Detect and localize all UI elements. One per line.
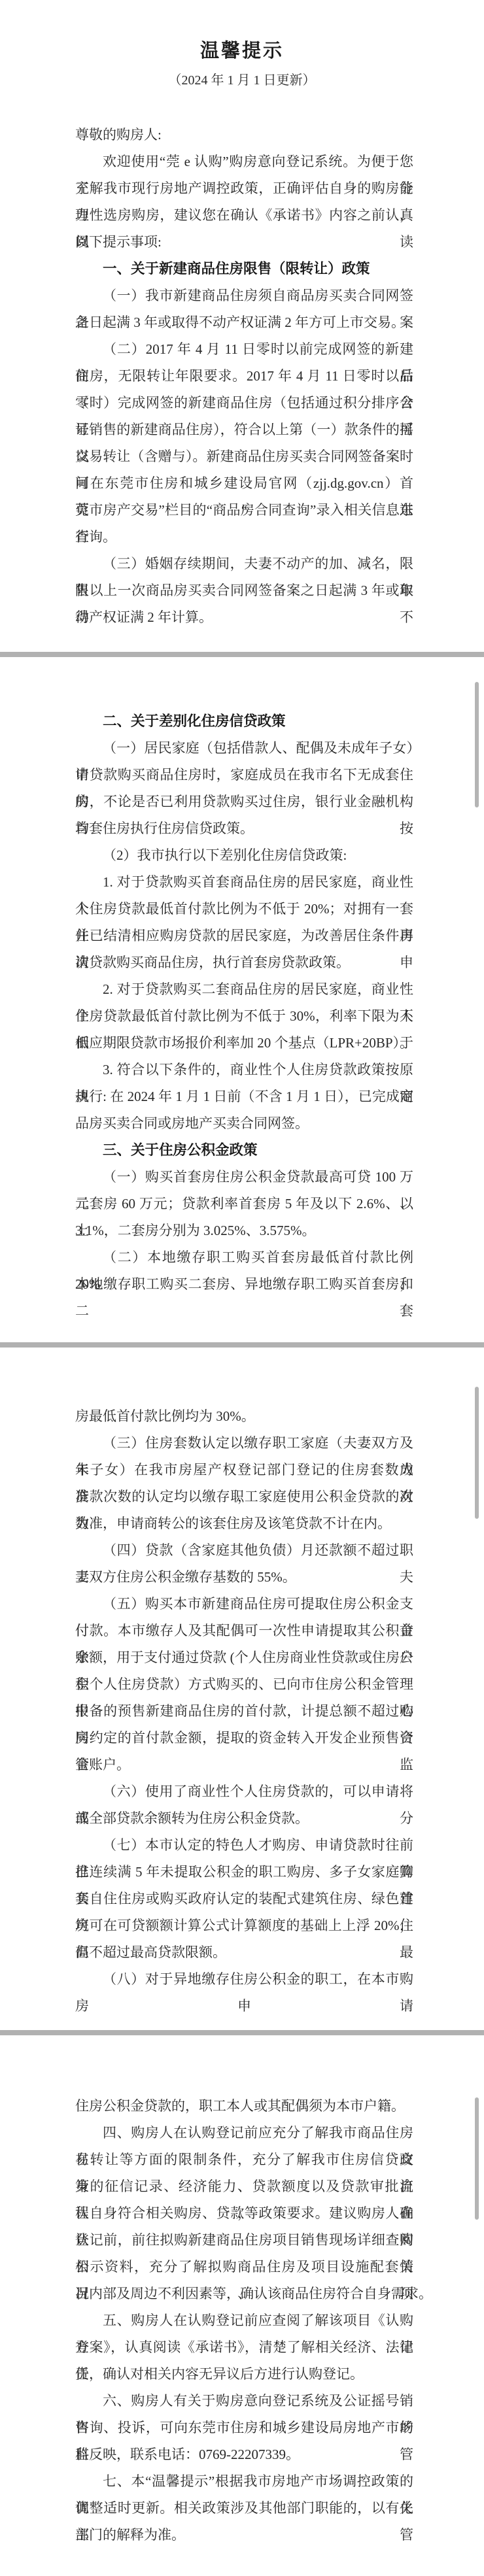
text-line: （三）婚姻存续期间，夫妻不动产的加、减名，限售年: [0, 551, 484, 577]
text-line: 住房，无限转让年限要求。2017 年 4 月 11 日零时以后（含: [0, 363, 484, 390]
text-line: （2）我市执行以下差别化住房信贷政策:: [0, 842, 484, 869]
text-line: 目内部及周边不利因素等，确认该商品住房符合自身需求。: [0, 2280, 484, 2307]
text-line: （三）住房套数认定以缴存职工家庭（夫妻双方及未成: [0, 1430, 484, 1457]
text-line: 住房贷款最低首付款比例为不低于 30%，利率下限为不低于: [0, 1003, 484, 1030]
scrollbar-thumb[interactable]: [475, 1387, 479, 1519]
text-line: 3. 符合以下条件的，商业性个人住房贷款政策按原规定: [0, 1057, 484, 1083]
text-line: （六）使用了商业性个人住房贷款的，可以申请将部分: [0, 1778, 484, 1805]
text-line: 身的征信记录、经济能力、贷款额度以及贷款审批流程，确: [0, 2173, 484, 2200]
text-line: 房可在可贷额额计算公式计算额度的基础上上浮 20%，但最: [0, 1912, 484, 1939]
text-line: （二）2017 年 4 月 11 日零时以前完成网签的新建商品: [0, 336, 484, 363]
text-line: 公示资料，充分了解拟购商品住房及项目设施配套情况、项: [0, 2254, 484, 2280]
page-separator: [0, 652, 484, 657]
text-line: 认自身符合相关购房、贷款等政策要求。建议购房人在认购: [0, 2200, 484, 2227]
text-line: 任，确认对相关内容无异议后方进行认购登记。: [0, 2361, 484, 2388]
text-line: 莞市房产交易”栏目的“商品房合同查询”录入相关信息进行: [0, 497, 484, 524]
section-heading: 三、关于住房公积金政策: [0, 1137, 484, 1164]
text-line: 了解我市现行房地产调控政策，正确评估自身的购房能力，: [0, 175, 484, 202]
text-line: （二）本地缴存职工购买首套房最低首付款比例 20%，: [0, 1244, 484, 1271]
text-line: （一）购买首套房住房公积金贷款最高可贷 100 万元、: [0, 1164, 484, 1191]
text-line: 贷款次数的认定均以缴存职工家庭使用公积金贷款的次数: [0, 1483, 484, 1510]
text-line: 交易转让（含赠与）。新建商品住房买卖合同网签备案时间: [0, 443, 484, 470]
text-line: 可在东莞市住房和城乡建设局官网（zjj.dg.gov.cn）首页“东: [0, 470, 484, 497]
document-subtitle: （2024 年 1 月 1 日更新）: [0, 66, 484, 95]
text-line: 五、购房人在认购登记前应查阅了解该项目《认购登记: [0, 2307, 484, 2334]
text-line: 号销售的新建商品住房），符合以上第（一）款条件的可以: [0, 416, 484, 443]
text-line: 查询。: [0, 524, 484, 551]
text-line: 执行: 在 2024 年 1 月 1 日前（不含 1 月 1 日），已完成商: [0, 1083, 484, 1110]
text-line: 3.1%，二套房分别为 3.025%、3.575%。: [0, 1217, 484, 1244]
document-viewer: 温馨提示（2024 年 1 月 1 日更新）尊敬的购房人:欢迎使用“莞 e 认购…: [0, 0, 484, 2576]
text-line: 已连续满 5 年未提取公积金的职工购房、多子女家庭购买首: [0, 1859, 484, 1886]
text-line: （五）购买本市新建商品住房可提取住房公积金支付首: [0, 1591, 484, 1618]
text-line: 住房公积金贷款的，职工本人或其配偶须为本市户籍。: [0, 2093, 484, 2120]
text-line: 为准，申请商转公的该套住房及该笔贷款不计在内。: [0, 1510, 484, 1537]
text-line: 2. 对于贷款购买二套商品住房的居民家庭，商业性个人: [0, 976, 484, 1003]
text-line: 本地缴存职工购买二套房、异地缴存职工购买首套房和二套: [0, 1271, 484, 1298]
text-line: 调整适时更新。相关政策涉及其他部门职能的，以有关主管: [0, 2495, 484, 2522]
text-line: 二套房 60 万元；贷款利率首套房 5 年及以下 2.6%、以上: [0, 1191, 484, 1217]
document-page-2: 二、关于差别化住房信贷政策（一）居民家庭（包括借款人、配偶及未成年子女）申请贷款…: [0, 657, 484, 1342]
text-line: （四）贷款（含家庭其他负债）月还款额不超过职工夫: [0, 1537, 484, 1564]
text-line: 品房买卖合同或房地产买卖合同网签。: [0, 1110, 484, 1137]
text-line: 易转让等方面的限制条件，充分了解我市住房信贷政策、自: [0, 2146, 484, 2173]
text-line: 同约定的首付款金额，提取的资金转入开发企业预售资金监: [0, 1725, 484, 1752]
text-line: 请贷款购买商品住房时，家庭成员在我市名下无成套住房: [0, 762, 484, 788]
text-line: 零时）完成网签的新建商品住房（包括通过积分排序公证摇: [0, 390, 484, 416]
text-line: 理性选房购房，建议您在确认《承诺书》内容之前认真阅读: [0, 202, 484, 229]
text-line: 六、购房人有关于购房意向登记系统及公证摇号销售的: [0, 2388, 484, 2415]
text-line: 房最低首付款比例均为 30%。: [0, 1403, 484, 1430]
text-line: 的，不论是否已利用贷款购买过住房，银行业金融机构均按: [0, 788, 484, 815]
section-heading: 一、关于新建商品住房限售（限转让）政策: [0, 256, 484, 282]
text-line: 付款。本市缴存人及其配偶可一次性申请提取其公积金账户: [0, 1618, 484, 1644]
text-line: 年子女）在我市房屋产权登记部门登记的住房套数为准，对: [0, 1457, 484, 1483]
text-line: 金个人住房贷款）方式购买的、已向市住房公积金管理中心: [0, 1671, 484, 1698]
text-line: （八）对于异地缴存住房公积金的职工，在本市购房申请: [0, 1966, 484, 1993]
document-title: 温馨提示: [0, 36, 484, 66]
text-line: 余额，用于支付通过贷款 (个人住房商业性贷款或住房公积: [0, 1644, 484, 1671]
text-line: 1. 对于贷款购买首套商品住房的居民家庭，商业性个: [0, 869, 484, 896]
text-line: （一）我市新建商品住房须自商品房买卖合同网签备案: [0, 282, 484, 309]
text-line: 登记前，前往拟购新建商品住房项目销售现场详细查阅相关: [0, 2227, 484, 2254]
text-line: 套自住住房或购买政府认定的装配式建筑住房、绿色建筑住: [0, 1886, 484, 1912]
page-separator: [0, 1342, 484, 1347]
text-line: 相应期限贷款市场报价利率加 20 个基点（LPR+20BP）。: [0, 1030, 484, 1057]
text-line: 报备的预售新建商品住房的首付款，计提总额不超过购房合: [0, 1698, 484, 1725]
document-page-4: 住房公积金贷款的，职工本人或其配偶须为本市户籍。四、购房人在认购登记前应充分了解…: [0, 2035, 484, 2576]
document-page-3: 房最低首付款比例均为 30%。（三）住房套数认定以缴存职工家庭（夫妻双方及未成年…: [0, 1347, 484, 2030]
text-line: 尊敬的购房人:: [0, 122, 484, 148]
text-line: 人住房贷款最低首付款比例为不低于 20%；对拥有一套住房: [0, 896, 484, 923]
page-separator: [0, 2030, 484, 2035]
text-line: 四、购房人在认购登记前应充分了解我市商品住房在交: [0, 2120, 484, 2146]
scrollbar-thumb[interactable]: [475, 2097, 479, 2220]
text-line: 方案》，认真阅读《承诺书》，清楚了解相关经济、法律责: [0, 2334, 484, 2361]
text-line: （七）本市认定的特色人才购房、申请贷款时往前推算: [0, 1832, 484, 1859]
text-line: 欢迎使用“莞 e 认购”购房意向登记系统。为便于您充分: [0, 148, 484, 175]
text-line: 并已结清相应购房贷款的居民家庭，为改善居住条件再次申: [0, 923, 484, 949]
document-page-1: 温馨提示（2024 年 1 月 1 日更新）尊敬的购房人:欢迎使用“莞 e 认购…: [0, 0, 484, 652]
text-line: 限以上一次商品房买卖合同网签备案之日起满 3 年或取得不: [0, 577, 484, 604]
text-line: （一）居民家庭（包括借款人、配偶及未成年子女）申: [0, 735, 484, 762]
text-line: 七、本“温馨提示”根据我市房地产市场调控政策的优化: [0, 2468, 484, 2495]
blank-line: [0, 95, 484, 122]
scrollbar-thumb[interactable]: [475, 682, 479, 807]
section-heading: 二、关于差别化住房信贷政策: [0, 708, 484, 735]
text-line: 咨询、投诉，可向东莞市住房和城乡建设局房地产市场监管: [0, 2415, 484, 2441]
